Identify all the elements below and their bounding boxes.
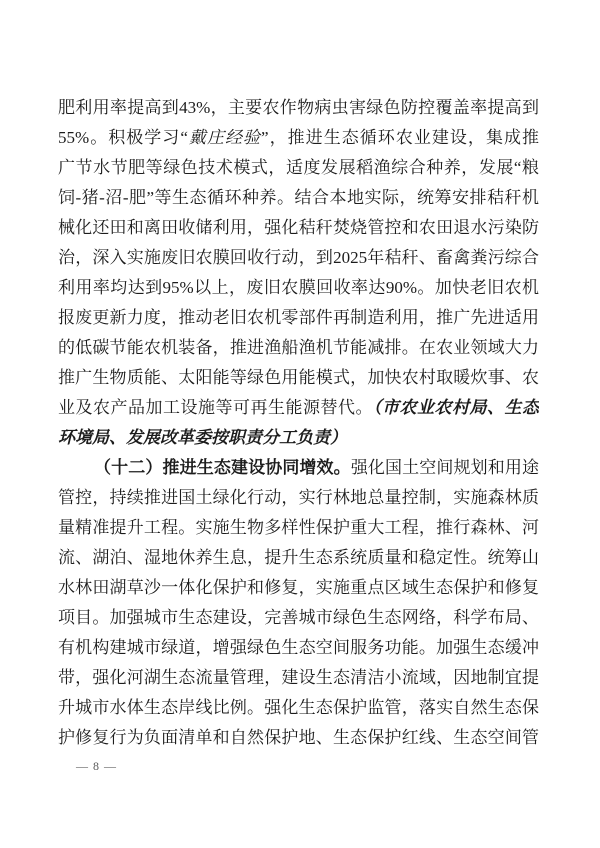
text-line: 业及农产品加工设施等可再生能源替代。（市农业农村局、生态 [58,393,539,423]
text-line: 水林田湖草沙一体化保护和修复，实施重点区域生态保护和修复 [58,573,539,603]
body-text-run: 量精准提升工程。实施生物多样性保护重大工程，推行森林、河 [58,518,539,537]
text-line: 量精准提升工程。实施生物多样性保护重大工程，推行森林、河 [58,513,539,543]
section-heading-run: （十二）推进生态建设协同增效。 [94,458,351,477]
body-text-run: 械化还田和离田收储利用，强化秸秆焚烧管控和农田退水污染防 [58,218,539,237]
text-line: （十二）推进生态建设协同增效。强化国土空间规划和用途 [58,453,539,483]
body-text-run: 利用率均达到95%以上，废旧农膜回收率达90%。加快老旧农机 [58,278,539,297]
text-line: 升城市水体生态岸线比例。强化生态保护监管，落实自然生态保 [58,693,539,723]
text-line: 的低碳节能农机装备，推进渔船渔机节能减排。在农业领域大力 [58,333,539,363]
body-text-run: 带，强化河湖生态流量管理，建设生态清洁小流域，因地制宜提 [58,668,539,687]
text-line: 项目。加强城市生态建设，完善城市绿色生态网络，科学布局、 [58,603,539,633]
body-text-run: 强化国土空间规划和用途 [351,458,539,477]
text-line: 有机构建城市绿道，增强绿色生态空间服务功能。加强生态缓冲 [58,633,539,663]
text-line: 械化还田和离田收储利用，强化秸秆焚烧管控和农田退水污染防 [58,213,539,243]
text-line: 肥利用率提高到43%，主要农作物病虫害绿色防控覆盖率提高到 [58,93,539,123]
text-line: 管控，持续推进国土绿化行动，实行林地总量控制，实施森林质 [58,483,539,513]
responsibility-attribution-run: （市农业农村局、生态 [373,398,539,417]
document-body: 肥利用率提高到43%，主要农作物病虫害绿色防控覆盖率提高到 55%。积极学习“戴… [58,93,539,753]
body-text-run: 报废更新力度，推动老旧农机零部件再制造利用，推广先进适用 [58,308,539,327]
text-line: 推广生物质能、太阳能等绿色用能模式，加快农村取暖炊事、农 [58,363,539,393]
body-text-run: 流、湖泊、湿地休养生息，提升生态系统质量和稳定性。统筹山 [58,548,539,567]
body-text-run: 饲-猪-沼-肥”等生态循环种养。结合本地实际，统筹安排秸秆机 [58,188,539,207]
text-line: 利用率均达到95%以上，废旧农膜回收率达90%。加快老旧农机 [58,273,539,303]
body-text-run: 水林田湖草沙一体化保护和修复，实施重点区域生态保护和修复 [58,578,539,597]
text-line: 流、湖泊、湿地休养生息，提升生态系统质量和稳定性。统筹山 [58,543,539,573]
body-text-run: 推广生物质能、太阳能等绿色用能模式，加快农村取暖炊事、农 [58,368,539,387]
body-text-run: 项目。加强城市生态建设，完善城市绿色生态网络，科学布局、 [58,608,539,627]
body-text-run: 广节水节肥等绿色技术模式，适度发展稻渔综合种养，发展“粮 [58,158,539,177]
quoted-term-run: 戴庄经验 [188,128,261,147]
text-line: 护修复行为负面清单和自然保护地、生态保护红线、生态空间管 [58,723,539,753]
body-text-run: 的低碳节能农机装备，推进渔船渔机节能减排。在农业领域大力 [58,338,539,357]
body-text-run: 肥利用率提高到43%，主要农作物病虫害绿色防控覆盖率提高到 [58,98,539,117]
body-text-run: 升城市水体生态岸线比例。强化生态保护监管，落实自然生态保 [58,698,539,717]
text-line: 环境局、发展改革委按职责分工负责） [58,423,539,453]
body-text-run: ”，推进生态循环农业建设，集成推 [261,128,539,147]
text-line: 饲-猪-沼-肥”等生态循环种养。结合本地实际，统筹安排秸秆机 [58,183,539,213]
document-page: 肥利用率提高到43%，主要农作物病虫害绿色防控覆盖率提高到 55%。积极学习“戴… [0,0,600,848]
body-text-run: 有机构建城市绿道，增强绿色生态空间服务功能。加强生态缓冲 [58,638,539,657]
body-text-run: 业及农产品加工设施等可再生能源替代。 [58,398,373,417]
body-text-run: 治，深入实施废旧农膜回收行动，到2025年秸秆、畜禽粪污综合 [58,248,539,267]
page-number: — 8 — [76,759,117,774]
body-text-run: 55%。积极学习“ [58,128,188,147]
body-text-run: 护修复行为负面清单和自然保护地、生态保护红线、生态空间管 [58,728,539,747]
responsibility-attribution-run: 环境局、发展改革委按职责分工负责） [58,428,347,447]
text-line: 55%。积极学习“戴庄经验”，推进生态循环农业建设，集成推 [58,123,539,153]
text-line: 带，强化河湖生态流量管理，建设生态清洁小流域，因地制宜提 [58,663,539,693]
text-line: 广节水节肥等绿色技术模式，适度发展稻渔综合种养，发展“粮 [58,153,539,183]
text-line: 报废更新力度，推动老旧农机零部件再制造利用，推广先进适用 [58,303,539,333]
text-line: 治，深入实施废旧农膜回收行动，到2025年秸秆、畜禽粪污综合 [58,243,539,273]
body-text-run: 管控，持续推进国土绿化行动，实行林地总量控制，实施森林质 [58,488,539,507]
